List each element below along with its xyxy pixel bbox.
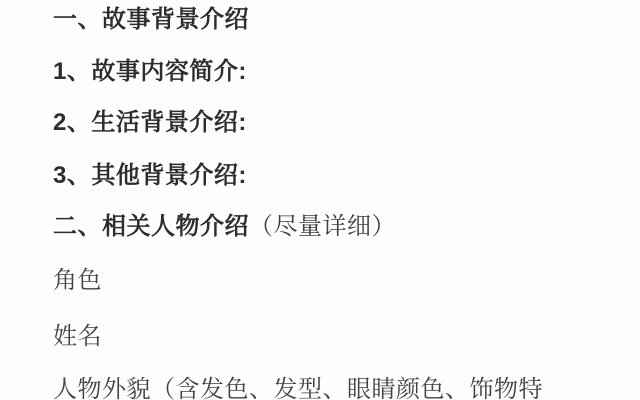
document-page: 一、故事背景介绍 1、故事内容简介: 2、生活背景介绍: 3、其他背景介绍: 二…	[0, 0, 640, 400]
heading-item-1-story-summary: 1、故事内容简介:	[53, 60, 247, 84]
heading-section-2-title: 二、相关人物介绍	[53, 213, 249, 240]
heading-section-2-characters: 二、相关人物介绍（尽量详细）	[53, 215, 396, 239]
label-appearance-truncated: 人物外貌（含发色、发型、眼睛颜色、饰物特	[53, 378, 543, 400]
heading-item-3-other-background: 3、其他背景介绍:	[53, 164, 247, 188]
heading-section-2-note: （尽量详细）	[249, 213, 396, 240]
label-name: 姓名	[53, 325, 102, 349]
heading-item-2-life-background: 2、生活背景介绍:	[53, 111, 247, 135]
label-role: 角色	[53, 269, 102, 293]
heading-section-1-story-background: 一、故事背景介绍	[53, 8, 249, 32]
